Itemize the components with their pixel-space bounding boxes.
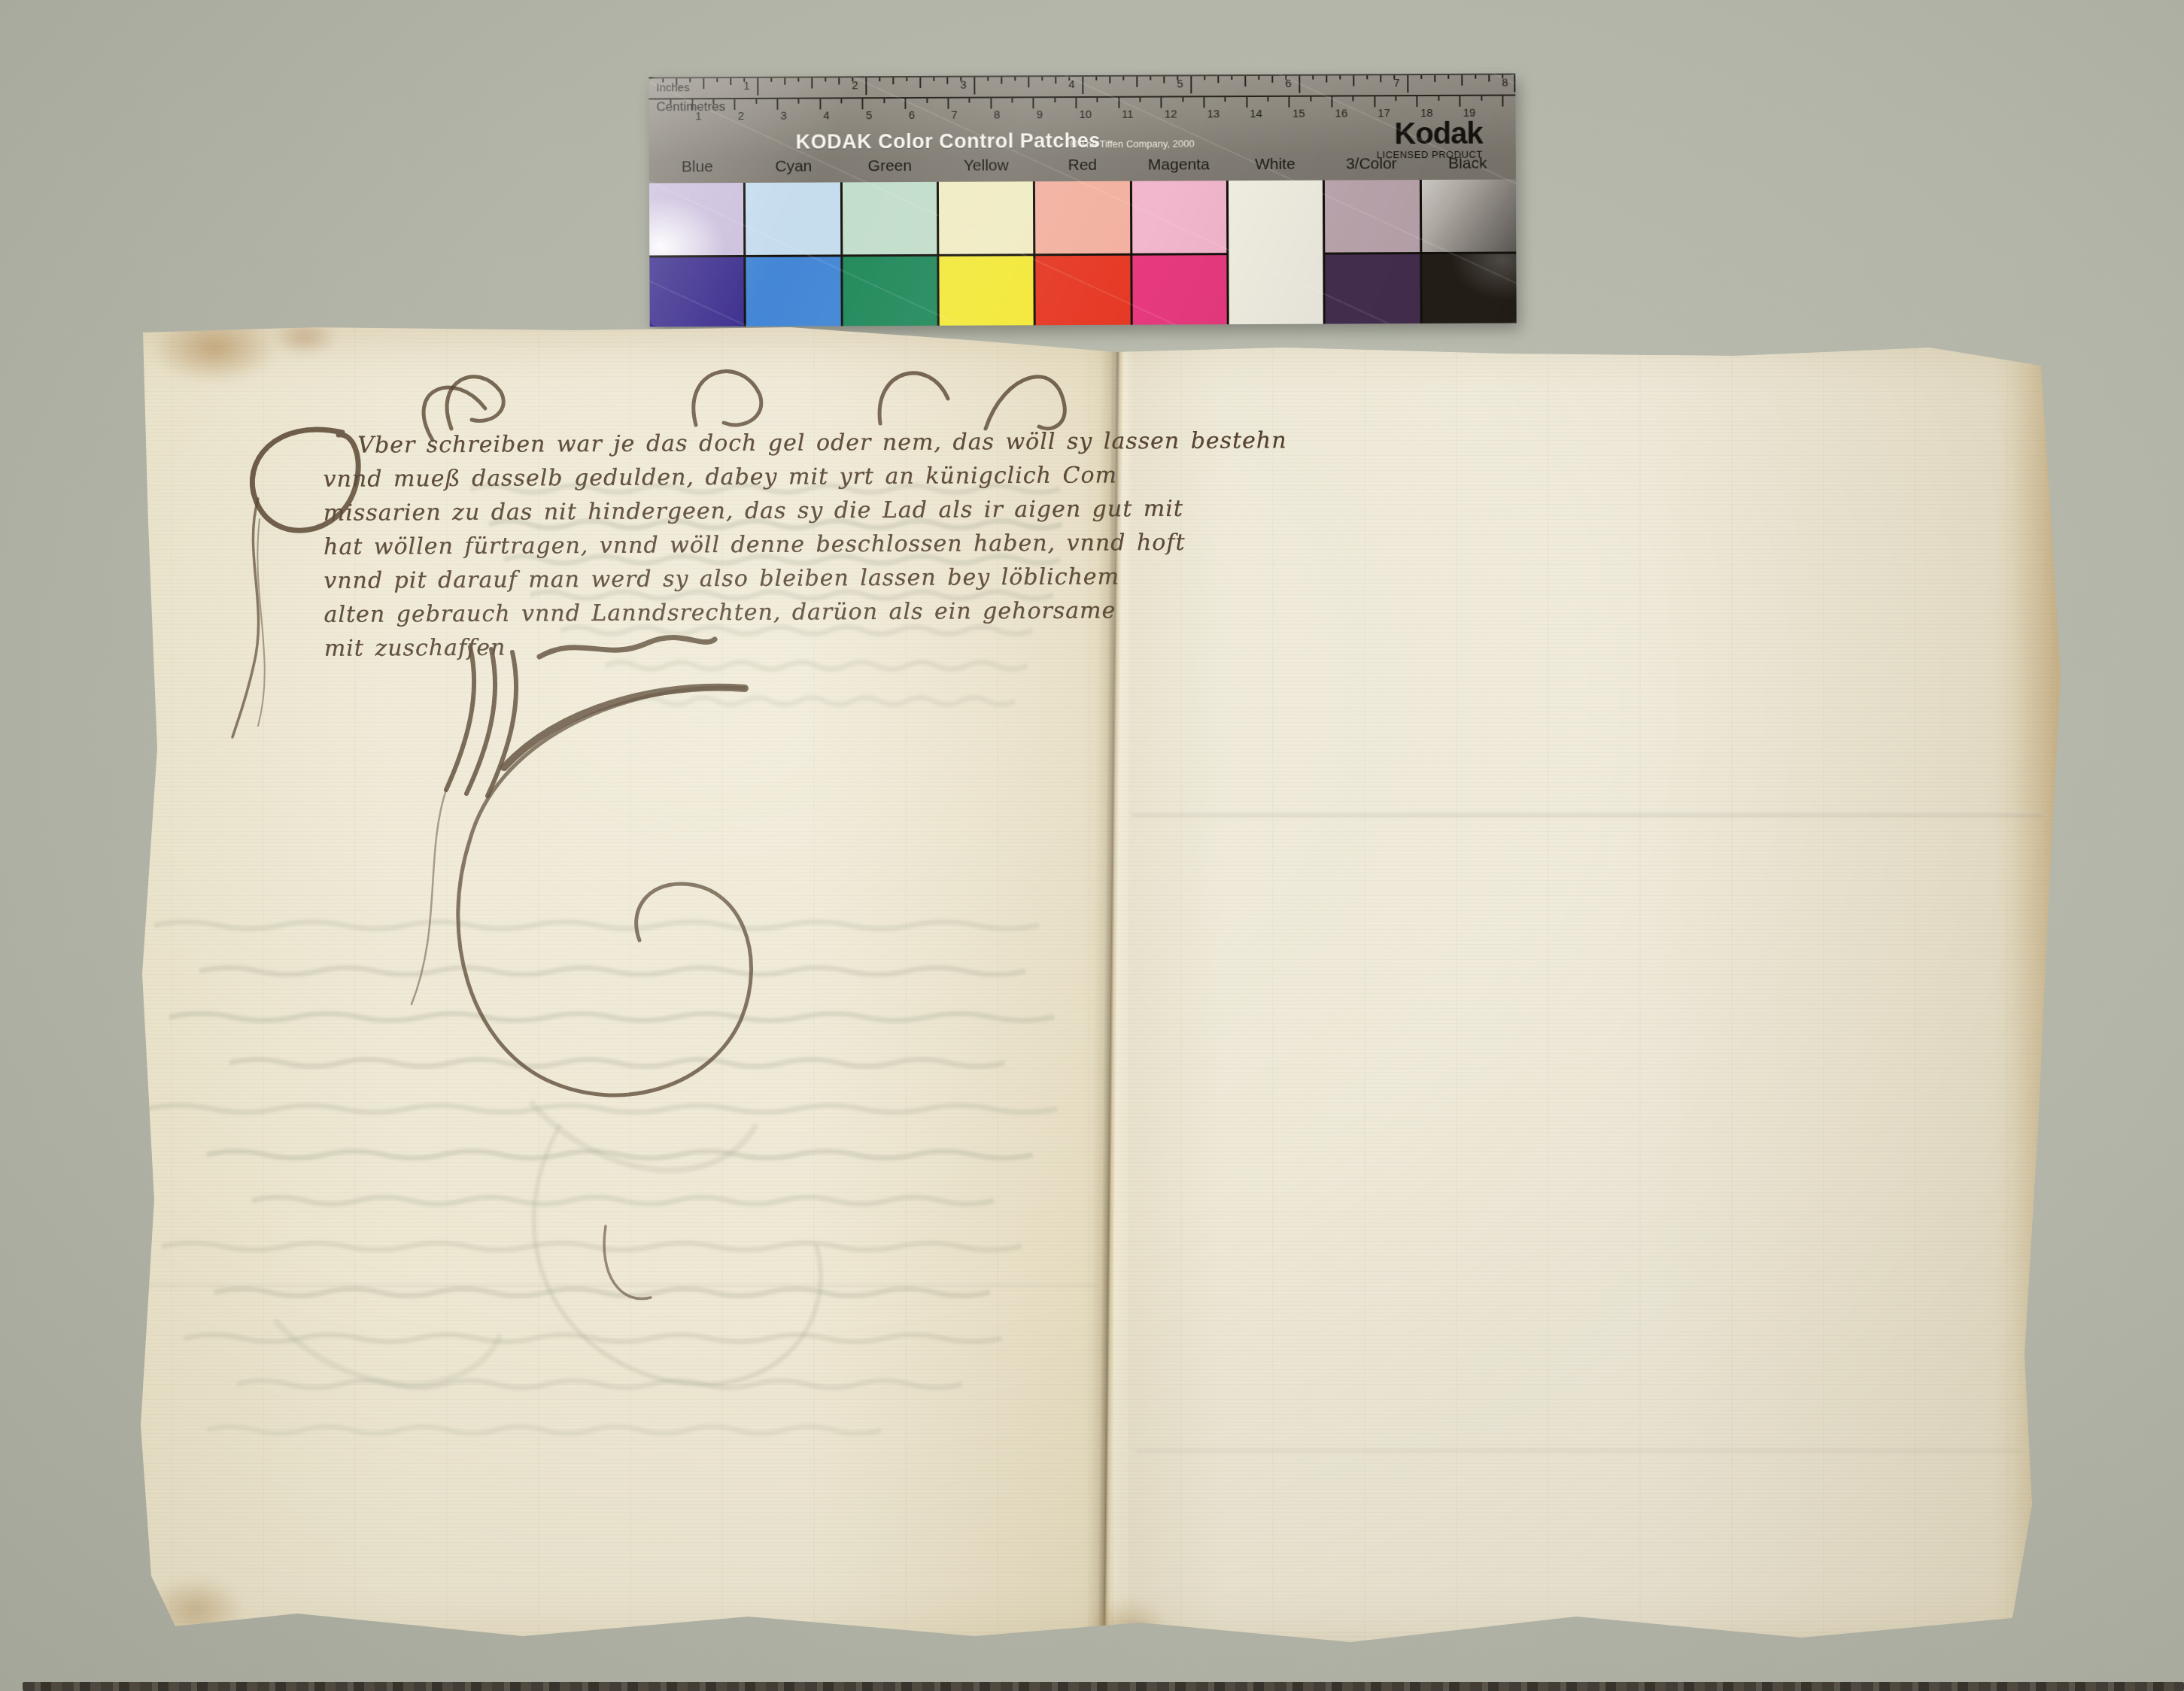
copy-stand-edge: [23, 1682, 2184, 1691]
ruler-number: 8: [1502, 77, 1508, 90]
edge-stain: [65, 1501, 137, 1591]
ruler-tick: [838, 77, 840, 84]
ruler-tick: [926, 97, 928, 103]
ruler-tick: [865, 77, 867, 95]
handwritten-text-line: alten gebrauch vnnd Lanndsrechten, darüo…: [323, 594, 1121, 632]
ruler-tick: [784, 78, 785, 85]
color-patch-blue-light: [649, 183, 744, 256]
patch-labels-row: BlueCyanGreenYellowRedMagentaWhite3/Colo…: [649, 154, 1516, 181]
color-patch-magenta-solid: [1132, 255, 1227, 325]
ruler-number: 2: [852, 79, 858, 92]
ruler-number: 4: [1068, 78, 1074, 91]
ruler-tick: [776, 98, 778, 110]
handwritten-text-line: hat wöllen fürtragen, vnnd wöll denne be…: [323, 526, 1121, 564]
ruler-tick: [734, 98, 736, 110]
handwritten-text-line: missarien zu das nit hindergeen, das sy …: [323, 492, 1121, 530]
ruler-number: 4: [823, 109, 829, 122]
color-patch-white-light: [1229, 181, 1323, 325]
ruler-tick: [1438, 95, 1439, 101]
ruler-tick: [798, 98, 800, 104]
ruler-tick: [1299, 76, 1300, 93]
ruler-number: 16: [1335, 107, 1348, 120]
ruler-tick: [757, 78, 758, 96]
ruler-tick: [689, 78, 691, 82]
ruler-tick: [1374, 95, 1375, 107]
chart-title: KODAK Color Control Patches: [796, 129, 1101, 154]
ruler-tick: [974, 77, 975, 95]
ruler-tick: [1139, 96, 1141, 102]
ruler-tick: [1001, 77, 1002, 83]
ruler-tick: [862, 97, 864, 109]
ruler-tick: [1380, 75, 1381, 82]
ruler-tick: [1203, 96, 1204, 108]
ruler-tick: [1182, 96, 1183, 102]
ruler-tick: [811, 78, 813, 89]
color-patch-cyan-solid: [746, 257, 841, 326]
ruler-tick: [1163, 77, 1165, 83]
ruler-tick: [1475, 75, 1476, 79]
manuscript-bifolium: Vber schreiben war je das doch gel oder …: [79, 327, 2065, 1651]
edge-stain: [60, 1004, 143, 1110]
patch-label-yellow: Yellow: [938, 156, 1034, 180]
ruler-tick: [905, 97, 907, 109]
cm-ruler-label: Centimetres: [656, 99, 725, 114]
ruler-tick: [1033, 96, 1034, 108]
ruler-number: 3: [781, 110, 787, 123]
patch-label-white: White: [1227, 156, 1323, 179]
ruler-tick: [1082, 77, 1083, 94]
ruler-tick: [990, 97, 992, 109]
ruler-tick: [1014, 77, 1016, 80]
ruler-tick: [1417, 95, 1418, 107]
color-patch-3-color-solid: [1326, 254, 1420, 324]
ruler-tick: [1331, 96, 1332, 108]
ruler-tick: [1231, 76, 1232, 80]
inch-ruler-label: Inches: [656, 81, 689, 94]
color-patch-black-solid: [1422, 253, 1517, 323]
ruler-tick: [1488, 75, 1490, 82]
ruler-number: 7: [951, 109, 957, 122]
ruler-tick: [1225, 96, 1226, 102]
patch-label-3-color: 3/Color: [1323, 155, 1420, 178]
ruler-tick: [879, 77, 880, 81]
color-patch-green-solid: [843, 257, 937, 326]
ruler-tick: [946, 77, 948, 84]
handwritten-text-line: mit zuschaffen: [324, 627, 1122, 666]
patch-label-green: Green: [842, 157, 938, 181]
color-patch-green-light: [843, 182, 937, 255]
ruler-tick: [825, 77, 826, 81]
ruler-tick: [1312, 76, 1314, 80]
ruler-tick: [1407, 75, 1408, 93]
ruler-tick: [1339, 76, 1341, 80]
ruler-tick: [906, 77, 907, 81]
ruler-tick: [1353, 75, 1354, 86]
ruler-tick: [1396, 95, 1397, 101]
ruler-tick: [755, 98, 757, 104]
handwritten-text-line: Vber schreiben war je das doch gel oder …: [323, 424, 1120, 463]
ruler-tick: [1075, 96, 1077, 108]
ruler-tick: [1161, 96, 1162, 108]
ruler-number: 3: [960, 79, 966, 92]
ruler-tick: [1420, 75, 1422, 79]
patch-grid: [649, 179, 1517, 326]
ruler-number: 11: [1122, 108, 1134, 121]
ruler-tick: [987, 77, 989, 81]
patch-label-magenta: Magenta: [1131, 156, 1227, 179]
ruler-number: 13: [1207, 108, 1220, 120]
ruler-number: 6: [1285, 77, 1291, 90]
ruler-number: 6: [909, 109, 915, 122]
ruler-tick: [797, 78, 799, 82]
ruler-tick: [1150, 77, 1151, 80]
ruler-tick: [1055, 77, 1056, 83]
ruler-tick: [1460, 95, 1461, 107]
handwritten-text-line: vnnd mueß dasselb gedulden, dabey mit yr…: [323, 458, 1120, 496]
ruler-tick: [1190, 76, 1192, 93]
ruler-tick: [1353, 95, 1354, 101]
patch-label-cyan: Cyan: [746, 157, 842, 181]
color-patch-yellow-light: [939, 181, 1034, 254]
ruler-tick: [1244, 76, 1246, 87]
manuscript-right-page: [1128, 327, 2065, 1651]
ruler-tick: [730, 78, 731, 85]
ruler-number: 9: [1037, 108, 1043, 121]
inch-ruler-ticks: 12345678: [649, 74, 1515, 78]
ruler-number: 5: [1177, 77, 1183, 90]
ruler-number: 15: [1292, 108, 1305, 120]
ruler-tick: [1271, 76, 1273, 83]
ruler-tick: [1054, 96, 1056, 102]
ruler-tick: [883, 97, 885, 103]
ruler-tick: [1204, 76, 1205, 80]
ruler-tick: [1514, 74, 1515, 92]
ruler-tick: [676, 78, 677, 85]
ruler-tick: [1258, 76, 1259, 80]
cm-ruler: 12345678910111213141516171819: [649, 94, 1515, 128]
ruler-number: 14: [1250, 108, 1262, 120]
ruler-tick: [892, 77, 894, 84]
ruler-tick: [1011, 96, 1013, 102]
ruler-tick: [1434, 75, 1435, 82]
ruler-tick: [1447, 75, 1449, 79]
ruler-tick: [1109, 77, 1110, 83]
color-patch-blue-solid: [649, 257, 744, 327]
patch-label-blue: Blue: [649, 158, 746, 181]
ruler-number: 1: [743, 80, 749, 93]
ruler-number: 7: [1393, 77, 1399, 90]
ruler-number: 8: [994, 108, 1000, 121]
ruler-number: 5: [866, 109, 872, 122]
ruler-tick: [1366, 75, 1368, 79]
ruler-tick: [716, 78, 718, 82]
ruler-number: 2: [738, 110, 744, 123]
ruler-tick: [1041, 77, 1043, 80]
ruler-tick: [1310, 96, 1311, 102]
color-patch-red-light: [1035, 181, 1130, 254]
kodak-color-chart: Inches 12345678 123456789101112131415161…: [649, 73, 1516, 326]
ruler-tick: [1122, 77, 1124, 80]
color-patch-3-color-light: [1325, 180, 1420, 253]
kodak-logo: Kodak: [1394, 117, 1482, 152]
ruler-tick: [1267, 96, 1268, 102]
ruler-tick: [1097, 96, 1098, 102]
ruler-tick: [1246, 96, 1247, 108]
ruler-tick: [1326, 76, 1327, 83]
ruler-tick: [969, 97, 970, 103]
photo-background: { "photo": { "background_color": "#b2b5a…: [0, 0, 2184, 1691]
ruler-tick: [1502, 95, 1503, 107]
color-patch-cyan-light: [746, 182, 840, 255]
color-patch-red-solid: [1036, 256, 1131, 326]
ruler-tick: [770, 78, 772, 82]
ruler-number: 12: [1165, 108, 1177, 120]
ruler-tick: [933, 77, 934, 81]
ruler-tick: [947, 97, 949, 109]
patch-label-red: Red: [1034, 156, 1131, 180]
ruler-tick: [1217, 76, 1219, 83]
ruler-tick: [1136, 77, 1138, 87]
ruler-tick: [703, 78, 704, 89]
handwritten-text-block: Vber schreiben war je das doch gel oder …: [323, 424, 1122, 666]
ruler-tick: [841, 97, 843, 103]
ruler-tick: [819, 98, 821, 110]
handwritten-text-line: vnnd pit darauf man werd sy also bleiben…: [323, 560, 1121, 598]
ruler-tick: [919, 77, 921, 88]
ruler-tick: [1289, 96, 1290, 108]
chart-copyright: © The Tiffen Company, 2000: [1071, 138, 1195, 150]
color-patch-black-light: [1422, 179, 1517, 252]
color-patch-magenta-light: [1132, 181, 1227, 253]
patch-label-black: Black: [1420, 154, 1516, 178]
ruler-number: 17: [1378, 107, 1390, 120]
ruler-tick: [1028, 77, 1029, 87]
ruler-tick: [1095, 77, 1097, 80]
ruler-tick: [1481, 95, 1482, 101]
ruler-tick: [662, 78, 664, 82]
ruler-number: 10: [1079, 108, 1092, 121]
ruler-tick: [1461, 75, 1463, 86]
color-patch-yellow-solid: [939, 256, 1034, 326]
ruler-tick: [1118, 96, 1119, 108]
